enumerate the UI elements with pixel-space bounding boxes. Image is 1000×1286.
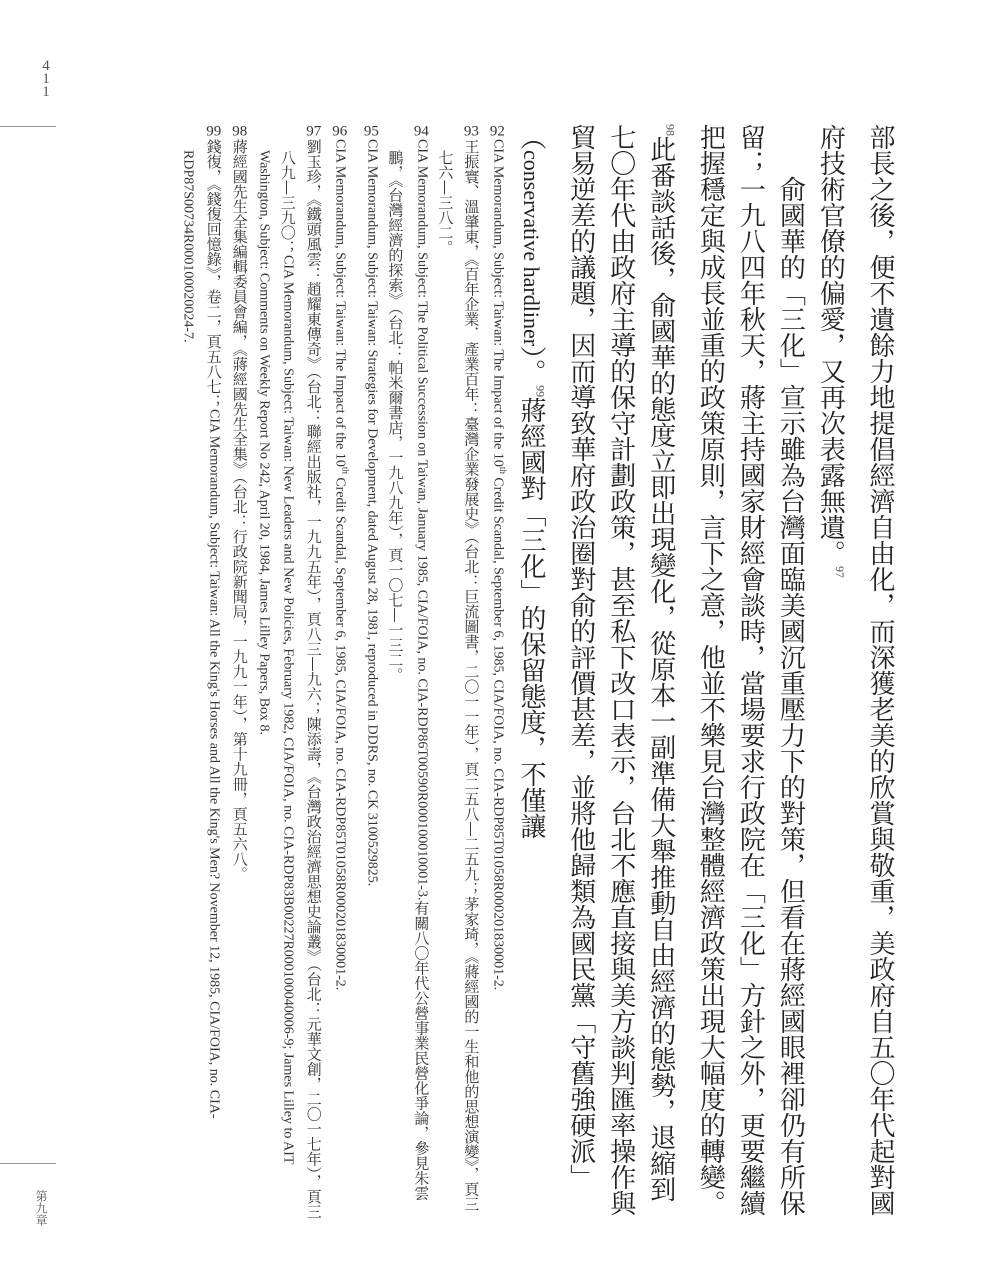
footnote-97: 97劉玉珍，《鐵頭風雲：趙耀東傳奇》（台北：聯經出版社，一九九五年），頁八三—九… bbox=[252, 124, 326, 1224]
footnote-ref-97[interactable]: 97 bbox=[833, 566, 847, 578]
paragraph-text: 蔣經國對「三化」的保留態度，不僅讓 bbox=[516, 397, 546, 839]
paragraph-text: ）。 bbox=[516, 346, 546, 385]
footnote-text: CIA Memorandum, Subject: Taiwan: The Imp… bbox=[490, 139, 505, 990]
footnote-ref-98[interactable]: 98 bbox=[663, 124, 677, 136]
footnote-number: 99 bbox=[200, 124, 226, 139]
footnote-text: CIA Memorandum, Subject: Taiwan: The Imp… bbox=[333, 139, 348, 990]
footnote-ref-99[interactable]: 99 bbox=[534, 385, 548, 397]
body-text: 部長之後，便不遺餘力地提倡經濟自由化，而深獲老美的欣賞與敬重，美政府自五〇年代起… bbox=[511, 124, 900, 1224]
footnote-text-latin: CIA Memorandum, Subject: Taiwan: New Lea… bbox=[257, 150, 296, 1164]
paragraph-2: 俞國華的「三化」宣示雖為台灣面臨美國沉重壓力下的對策，但看在蔣經國眼裡卻仍有所保… bbox=[511, 124, 810, 1224]
paragraph-text: 俞國華的「三化」宣示雖為台灣面臨美國沉重壓力下的對策，但看在蔣經國眼裡卻仍有所保… bbox=[695, 124, 805, 1216]
footnote-text: 錢復，《錢復回憶錄》，卷二，頁五八七； bbox=[205, 139, 223, 409]
paragraph-1: 部長之後，便不遺餘力地提倡經濟自由化，而深獲老美的欣賞與敬重，美政府自五〇年代起… bbox=[810, 124, 900, 1224]
footnote-number: 98 bbox=[226, 124, 252, 139]
chapter-label: 第九章 bbox=[34, 1190, 48, 1226]
footnote-98: 98蔣經國先生全集編輯委員會編，《蔣經國先生全集》（台北：行政院新聞局，一九九一… bbox=[226, 124, 252, 1224]
paragraph-text: 部長之後，便不遺餘力地提倡經濟自由化，而深獲老美的欣賞與敬重，美政府自五〇年代起… bbox=[815, 124, 895, 1216]
footnote-93: 93王振寰、溫肇東，《百年企業．產業百年：臺灣企業發展史》（台北：巨流圖書，二〇… bbox=[433, 124, 483, 1224]
footnote-92: 92CIA Memorandum, Subject: Taiwan: The I… bbox=[483, 124, 515, 1224]
footnote-94: 94CIA Memorandum, Subject: The Political… bbox=[383, 124, 433, 1224]
footnote-text: 蔣經國先生全集編輯委員會編，《蔣經國先生全集》（台北：行政院新聞局，一九九一年）… bbox=[231, 139, 249, 882]
page-number: 411 bbox=[36, 58, 56, 97]
footnote-number: 93 bbox=[457, 124, 483, 139]
footnote-text-latin: CIA Memorandum, Subject: The Political S… bbox=[414, 139, 429, 900]
footnote-text-latin: CIA Memorandum, Subject: Taiwan: Strateg… bbox=[364, 139, 379, 886]
footnotes: 92CIA Memorandum, Subject: Taiwan: The I… bbox=[176, 124, 515, 1224]
footnote-number: 97 bbox=[300, 124, 326, 139]
footnote-number: 95 bbox=[357, 124, 383, 139]
footnote-99: 99錢復，《錢復回憶錄》，卷二，頁五八七；CIA Memorandum, Sub… bbox=[176, 124, 226, 1224]
english-term: conservative hardliner bbox=[519, 150, 544, 346]
footer-rule bbox=[0, 1163, 56, 1164]
footnote-95: 95CIA Memorandum, Subject: Taiwan: Strat… bbox=[357, 124, 383, 1224]
footnote-96: 96CIA Memorandum, Subject: Taiwan: The I… bbox=[326, 124, 358, 1224]
footnote-number: 92 bbox=[483, 124, 509, 139]
footnote-number: 94 bbox=[407, 124, 433, 139]
footnote-number: 96 bbox=[326, 124, 352, 139]
footnote-text: 王振寰、溫肇東，《百年企業．產業百年：臺灣企業發展史》（台北：巨流圖書，二〇一一… bbox=[436, 139, 480, 1212]
header-rule bbox=[0, 126, 56, 127]
